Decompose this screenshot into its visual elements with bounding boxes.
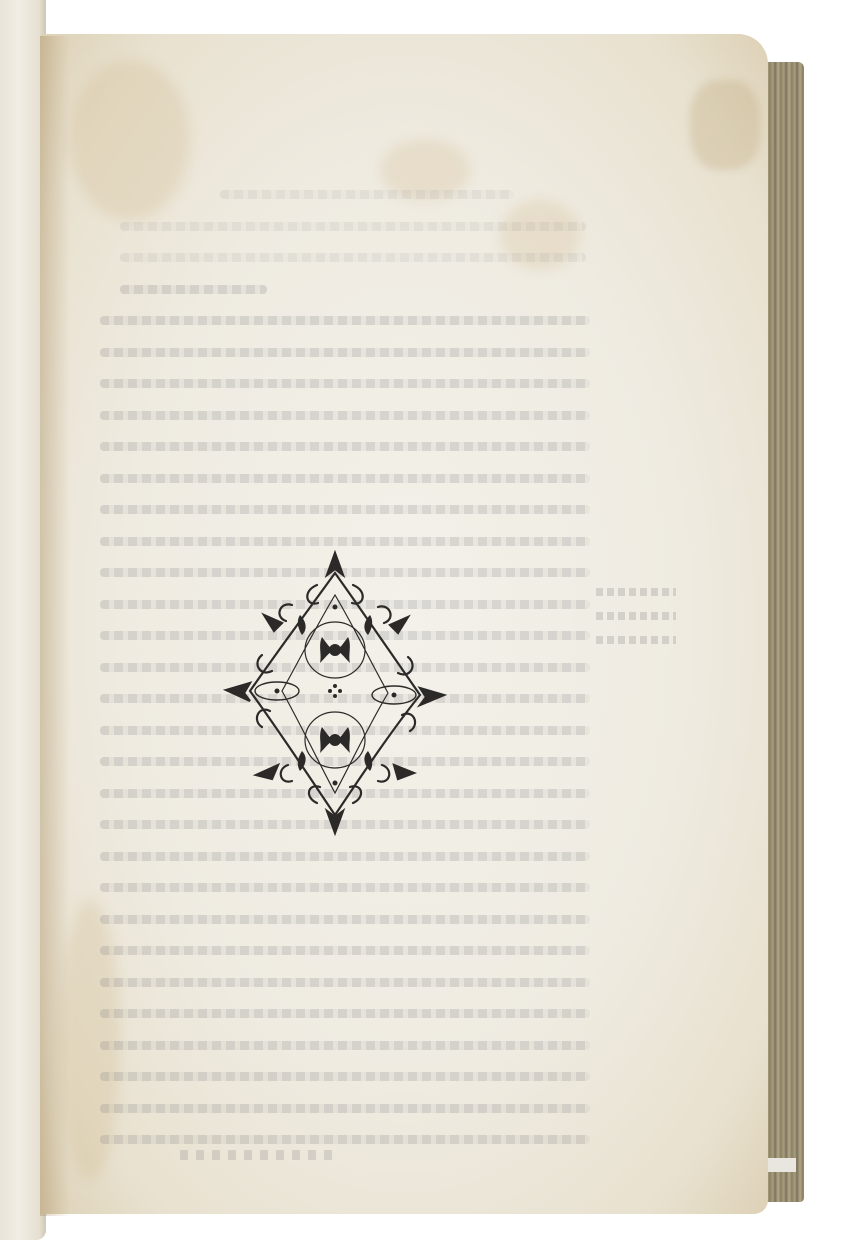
show-through-line (220, 190, 514, 199)
show-through-line (100, 1009, 590, 1018)
show-through-line (100, 316, 590, 325)
show-through-line (100, 915, 590, 924)
margin-note-ghost (596, 636, 676, 644)
water-stain (690, 80, 760, 170)
show-through-line (100, 1135, 590, 1144)
show-through-line (100, 505, 590, 514)
show-through-line (100, 348, 590, 357)
show-through-line (100, 978, 590, 987)
signature-mark-ghost (180, 1150, 340, 1160)
show-through-line (100, 852, 590, 861)
show-through-line (100, 1104, 590, 1113)
fleuron-ornament-icon (222, 545, 448, 841)
show-through-line (100, 474, 590, 483)
show-through-line (100, 442, 590, 451)
margin-note-ghost (596, 588, 676, 596)
show-through-line (120, 285, 267, 294)
margin-note-ghost (596, 612, 676, 620)
show-through-line (100, 379, 590, 388)
show-through-line (100, 1072, 590, 1081)
show-through-line (100, 946, 590, 955)
show-through-line (100, 411, 590, 420)
show-through-line (100, 1041, 590, 1050)
show-through-line (120, 253, 586, 262)
show-through-line (120, 222, 586, 231)
show-through-line (100, 883, 590, 892)
